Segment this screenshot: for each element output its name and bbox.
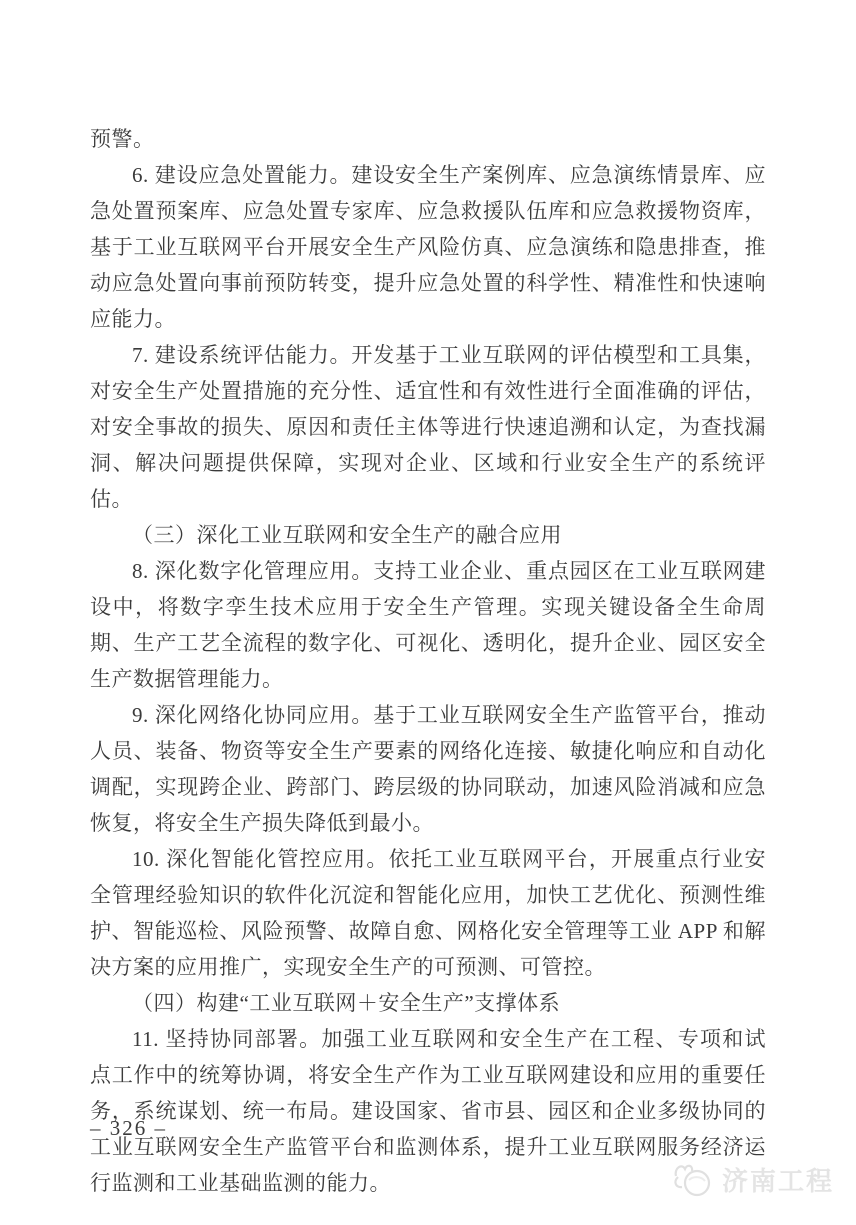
section-heading-4: （四）构建“工业互联网＋安全生产”支撑体系 bbox=[90, 985, 766, 1021]
document-body: 预警。 6. 建设应急处置能力。建设安全生产案例库、应急演练情景库、应急处置预案… bbox=[90, 121, 766, 1201]
document-page: 预警。 6. 建设应急处置能力。建设安全生产案例库、应急演练情景库、应急处置预案… bbox=[0, 0, 856, 1225]
watermark-text: 济南工程 bbox=[722, 1161, 834, 1198]
paragraph-item-11: 11. 坚持协同部署。加强工业互联网和安全生产在工程、专项和试点工作中的统筹协调… bbox=[90, 1021, 766, 1201]
paragraph-item-8: 8. 深化数字化管理应用。支持工业企业、重点园区在工业互联网建设中，将数字孪生技… bbox=[90, 553, 766, 697]
page-footer: – 326 – bbox=[90, 1116, 167, 1141]
paragraph-continuation: 预警。 bbox=[90, 121, 766, 157]
dove-circle-logo-icon bbox=[670, 1160, 716, 1198]
section-heading-3: （三）深化工业互联网和安全生产的融合应用 bbox=[90, 517, 766, 553]
paragraph-item-10: 10. 深化智能化管控应用。依托工业互联网平台，开展重点行业安全管理经验知识的软… bbox=[90, 841, 766, 985]
paragraph-item-6: 6. 建设应急处置能力。建设安全生产案例库、应急演练情景库、应急处置预案库、应急… bbox=[90, 157, 766, 337]
page-number: – 326 – bbox=[90, 1116, 167, 1140]
paragraph-item-9: 9. 深化网络化协同应用。基于工业互联网安全生产监管平台，推动人员、装备、物资等… bbox=[90, 697, 766, 841]
paragraph-item-7: 7. 建设系统评估能力。开发基于工业互联网的评估模型和工具集，对安全生产处置措施… bbox=[90, 337, 766, 517]
watermark: 济南工程 bbox=[670, 1160, 834, 1198]
